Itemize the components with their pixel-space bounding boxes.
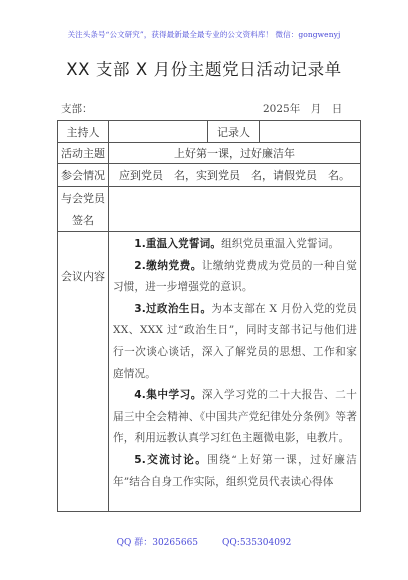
content-item-3: 3.过政治生日。为本支部在 X 月份入党的党员 XX、XXX 过“政治生日”，同… [113, 299, 357, 385]
signature-label-line-1: 与会党员 [58, 187, 108, 209]
content-item-5-heading: 5.交流讨论。 [134, 454, 207, 466]
content-item-2: 2.缴纳党费。让缴纳党费成为党员的一种自觉习惯，进一步增强党的意识。 [113, 256, 357, 299]
document-title: XX 支部 X 月份主题党日活动记录单 [0, 56, 408, 80]
attendance-leave: 请假党员 名。 [273, 169, 350, 182]
host-label: 主持人 [58, 121, 109, 143]
footer-qq-group: QQ 群：30265665 [117, 538, 198, 548]
branch-label: 支部： [61, 101, 93, 116]
signature-label-line-2: 签名 [58, 209, 108, 231]
content-item-1: 1.重温入党誓词。组织党员重温入党誓词。 [113, 234, 357, 256]
content-item-5: 5.交流讨论。围绕“上好第一课，过好廉洁年”结合自身工作实际，组织党员代表读心得… [113, 450, 357, 493]
content-cell: 1.重温入党誓词。组织党员重温入党誓词。 2.缴纳党费。让缴纳党费成为党员的一种… [109, 232, 361, 512]
footer-contact: QQ 群：30265665QQ:535304092 [0, 535, 408, 548]
content-item-4: 4.集中学习。深入学习党的二十大报告、二十届三中全会精神、《中国共产党纪律处分条… [113, 385, 357, 450]
content-label: 会议内容 [58, 232, 109, 512]
signature-label: 与会党员 签名 [58, 187, 109, 232]
theme-value: 上好第一课，过好廉洁年 [109, 143, 361, 164]
theme-label: 活动主题 [58, 143, 109, 164]
signature-value-cell[interactable] [109, 187, 361, 232]
content-item-2-heading: 2.缴纳党费。 [134, 260, 202, 272]
attendance-value: 应到党员 名，实到党员 名，请假党员 名。 [109, 164, 361, 187]
signature-row: 与会党员 签名 [58, 187, 361, 232]
meeting-content: 1.重温入党誓词。组织党员重温入党誓词。 2.缴纳党费。让缴纳党费成为党员的一种… [109, 232, 360, 493]
header-note: 关注头条号“公文研究”，获得最新最全最专业的公文资料库！ 微信：gongweny… [0, 29, 408, 40]
attendance-actual: 实到党员 名， [196, 169, 273, 182]
theme-row: 活动主题 上好第一课，过好廉洁年 [58, 143, 361, 164]
host-value-cell[interactable] [109, 121, 208, 143]
footer-qq: QQ:535304092 [222, 538, 291, 548]
content-row: 会议内容 1.重温入党誓词。组织党员重温入党誓词。 2.缴纳党费。让缴纳党费成为… [58, 232, 361, 512]
attendance-expected: 应到党员 名， [119, 169, 196, 182]
date-field: 2025年 月 日 [263, 101, 342, 116]
content-item-1-heading: 1.重温入党誓词。 [134, 238, 221, 250]
content-item-4-heading: 4.集中学习。 [134, 389, 202, 401]
recorder-label: 记录人 [208, 121, 260, 143]
recorder-value-cell[interactable] [260, 121, 361, 143]
activity-record-table: 主持人 记录人 活动主题 上好第一课，过好廉洁年 参会情况 应到党员 名，实到党… [57, 120, 361, 512]
host-row: 主持人 记录人 [58, 121, 361, 143]
attendance-label: 参会情况 [58, 164, 109, 187]
content-item-1-text: 组织党员重温入党誓词。 [221, 238, 339, 250]
attendance-row: 参会情况 应到党员 名，实到党员 名，请假党员 名。 [58, 164, 361, 187]
content-item-3-heading: 3.过政治生日。 [134, 303, 211, 315]
